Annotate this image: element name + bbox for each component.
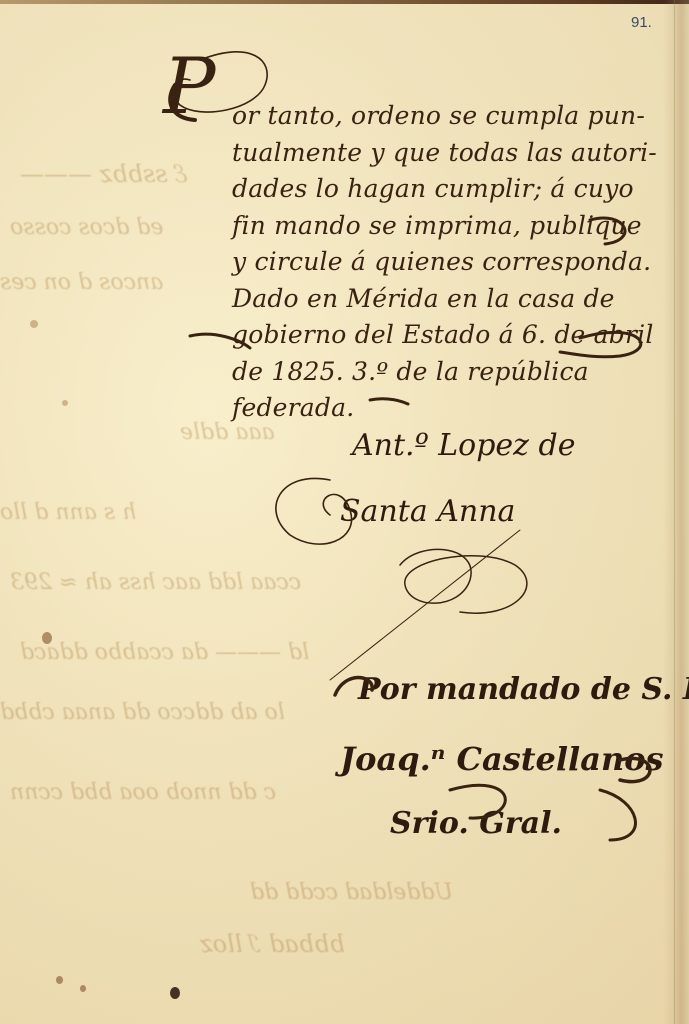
folio-number: 91. xyxy=(631,14,652,31)
secretary-title: Srio. Gral. xyxy=(390,806,562,841)
body-line: dades lo hagan cumplir; á cuyo xyxy=(232,171,672,208)
governor-signature-line2: Santa Anna xyxy=(340,494,515,529)
body-line: tualmente y que todas las autori- xyxy=(232,135,672,172)
body-line: Dado en Mérida en la casa de xyxy=(232,281,672,318)
by-order-line: Por mandado de S. E. xyxy=(358,672,689,707)
body-line: y circule á quienes corresponda. xyxy=(232,244,672,281)
drop-cap-initial: P xyxy=(163,48,215,126)
page-fold-line xyxy=(674,0,675,1024)
page-top-edge xyxy=(0,0,689,4)
manuscript-page: ℰ ssbbz ——— ed dcos cosso ancos d on ces… xyxy=(0,0,689,1024)
body-line: gobierno del Estado á 6. de abril xyxy=(232,317,672,354)
body-line: fin mando se imprima, publique xyxy=(232,208,672,245)
body-line: or tanto, ordeno se cumpla pun- xyxy=(232,98,672,135)
decree-body-text: or tanto, ordeno se cumpla pun- tualment… xyxy=(232,98,672,427)
secretary-name: Joaq.ⁿ Castellanos xyxy=(340,740,664,778)
body-line: de 1825. 3.º de la república xyxy=(232,354,672,391)
governor-signature-line1: Ant.º Lopez de xyxy=(352,428,575,463)
body-line: federada. xyxy=(232,390,672,427)
